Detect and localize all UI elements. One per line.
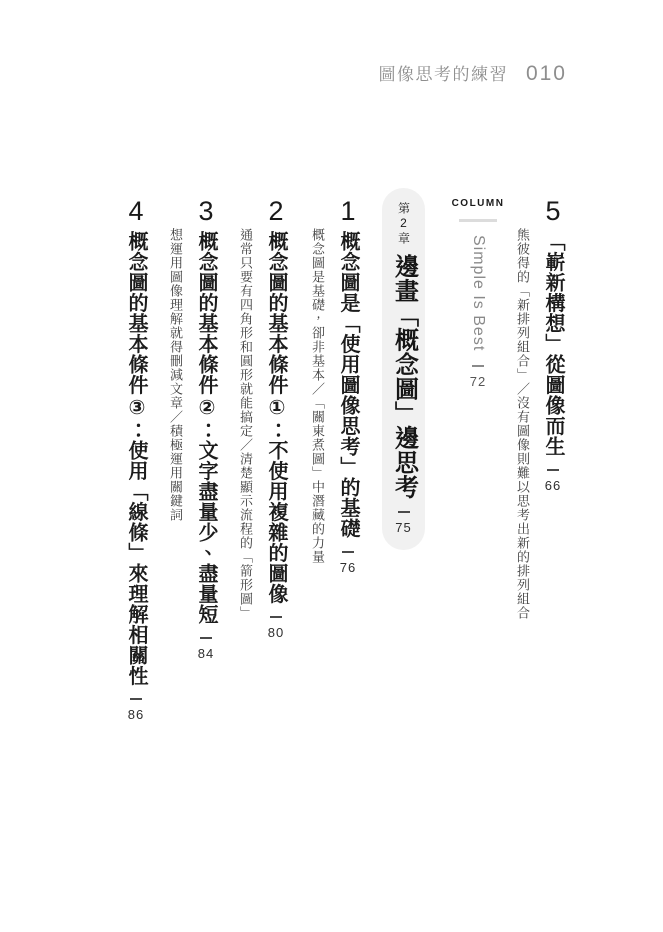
- page-dash: [270, 616, 282, 618]
- section-number: 3: [198, 197, 213, 225]
- section-subtitle: 概念圖是基礎，卻非基本／「關東煮圖」中潛藏的力量: [308, 228, 326, 564]
- section-title: 概念圖是「使用圖像思考」的基礎: [330, 231, 366, 539]
- section-title: 概念圖的基本條件①：不使用複雜的圖像: [258, 231, 294, 604]
- section-number: 4: [128, 197, 143, 225]
- column-title: Simple Is Best: [468, 235, 488, 351]
- toc-entry-2: 2 概念圖的基本條件①：不使用複雜的圖像 80 通常只要有四角形和圓形就能搞定／…: [236, 197, 294, 640]
- toc-page: 圖像思考的練習 010 5 「嶄新構想」從圖像而生 66 熊彼得的「新排列組合」…: [0, 0, 663, 932]
- chapter-label: 第2章: [397, 202, 411, 246]
- column-label: COLUMN: [452, 197, 505, 211]
- chapter-title: 邊畫「概念圖」邊思考: [389, 254, 419, 499]
- section-page: 80: [268, 625, 284, 640]
- page-dash: [398, 511, 410, 513]
- chapter-page: 75: [395, 520, 411, 535]
- section-page: 76: [340, 560, 356, 575]
- section-page: 84: [198, 646, 214, 661]
- book-title: 圖像思考的練習: [378, 60, 508, 85]
- page-dash: [342, 551, 354, 553]
- section-title: 概念圖的基本條件③：使用「線條」來理解相關性: [118, 231, 154, 686]
- section-number: 1: [340, 197, 355, 225]
- section-subtitle: 通常只要有四角形和圓形就能搞定／清楚顯示流程的「箭形圖」: [236, 228, 254, 620]
- toc-entry-2-main: 2 概念圖的基本條件①：不使用複雜的圖像 80: [258, 197, 294, 640]
- toc-entry-5-main: 5 「嶄新構想」從圖像而生 66: [535, 197, 571, 493]
- toc-entry-4-main: 4 概念圖的基本條件③：使用「線條」來理解相關性 86: [118, 197, 154, 722]
- chapter-pill: 第2章 邊畫「概念圖」邊思考 75: [382, 188, 425, 550]
- section-title: 概念圖的基本條件②：文字盡量少、盡量短: [188, 231, 224, 625]
- toc-entry-3: 3 概念圖的基本條件②：文字盡量少、盡量短 84 想運用圖像理解就得刪減文章／積…: [166, 197, 224, 661]
- toc-entry-5: 5 「嶄新構想」從圖像而生 66 熊彼得的「新排列組合」／沒有圖像則難以思考出新…: [513, 197, 571, 620]
- page-dash: [200, 637, 212, 639]
- toc-entry-3-main: 3 概念圖的基本條件②：文字盡量少、盡量短 84: [188, 197, 224, 661]
- page-dash: [547, 469, 559, 471]
- toc-entry-4: 4 概念圖的基本條件③：使用「線條」來理解相關性 86: [118, 197, 154, 722]
- section-subtitle: 熊彼得的「新排列組合」／沒有圖像則難以思考出新的排列組合: [513, 228, 531, 620]
- page-dash: [472, 365, 484, 367]
- page-dash: [130, 698, 142, 700]
- section-number: 2: [268, 197, 283, 225]
- section-title: 「嶄新構想」從圖像而生: [535, 231, 571, 457]
- column-rule: [459, 219, 497, 222]
- section-page: 66: [545, 478, 561, 493]
- section-subtitle: 想運用圖像理解就得刪減文章／積極運用關鍵詞: [166, 228, 184, 522]
- section-page: 86: [128, 707, 144, 722]
- column-page: 72: [470, 374, 486, 389]
- column-box: COLUMN Simple Is Best 72: [452, 197, 504, 389]
- toc-entry-1-main: 1 概念圖是「使用圖像思考」的基礎 76: [330, 197, 366, 575]
- section-number: 5: [545, 197, 560, 225]
- running-head: 圖像思考的練習 010: [378, 60, 567, 86]
- toc-entry-1: 1 概念圖是「使用圖像思考」的基礎 76 概念圖是基礎，卻非基本／「關東煮圖」中…: [308, 197, 366, 575]
- page-number: 010: [526, 62, 567, 86]
